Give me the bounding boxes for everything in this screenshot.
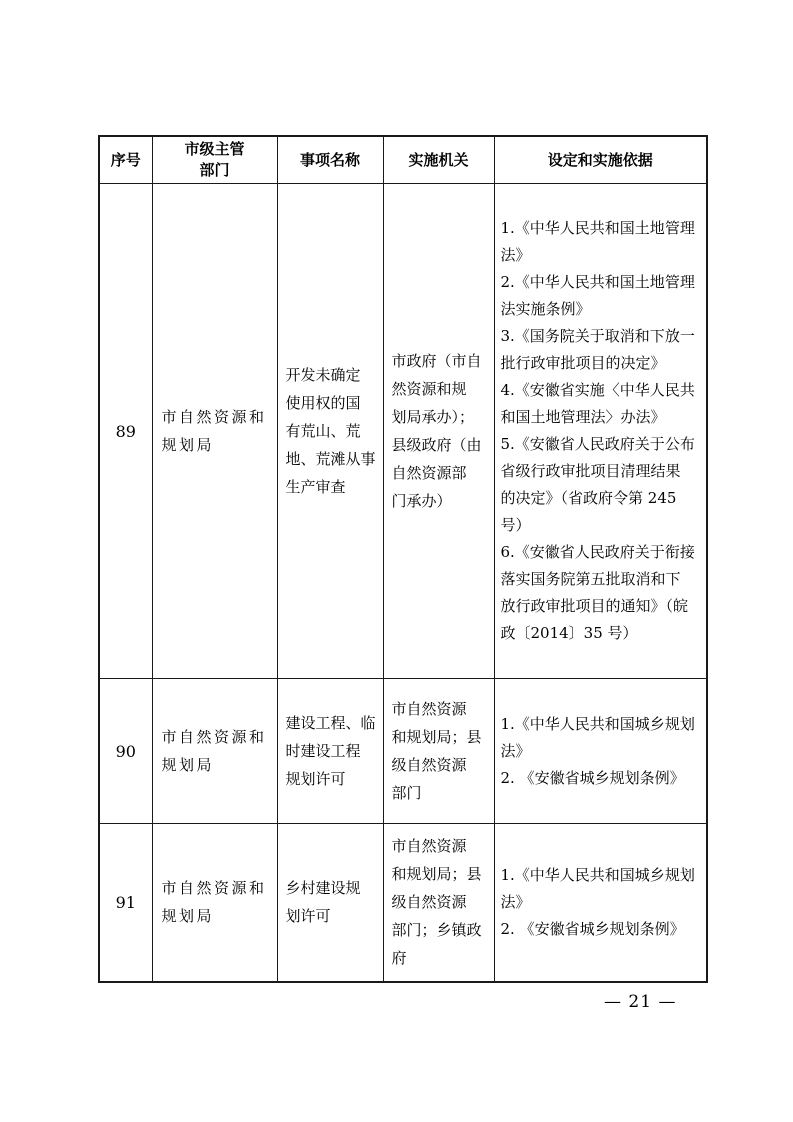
basis-item-1: 1.《中华人民共和国城乡规划 法》 [501,711,702,765]
row-91-legal-basis: 1.《中华人民共和国城乡规划 法》 2. 《安徽省城乡规划条例》 [494,824,707,982]
row-89-legal-basis: 1.《中华人民共和国土地管理 法》 2.《中华人民共和国土地管理 法实施条例》 … [494,184,707,679]
row-89-serial-number: 89 [99,184,152,679]
basis-item-5: 5.《安徽省人民政府关于公布 省级行政审批项目清理结果 的决定》（省政府令第 2… [501,431,702,539]
basis-item-2: 2. 《安徽省城乡规划条例》 [501,765,702,792]
row-91-item-name: 乡村建设规 划许可 [277,824,383,982]
row-90-item-name: 建设工程、临 时建设工程 规划许可 [277,679,383,824]
row-90-serial-number: 90 [99,679,152,824]
table-row: 91 市自然资源和 规划局 乡村建设规 划许可 市自然资源 和规划局；县 级自然… [99,824,707,982]
row-91-implementing-agency: 市自然资源 和规划局；县 级自然资源 部门；乡镇政 府 [383,824,494,982]
row-90-implementing-agency: 市自然资源 和规划局；县 级自然资源 部门 [383,679,494,824]
col-header-serial-number: 序号 [99,136,152,184]
row-89-department: 市自然资源和 规划局 [152,184,277,679]
row-89-implementing-agency: 市政府（市自 然资源和规 划局承办）； 县级政府（由 自然资源部 门承办） [383,184,494,679]
row-90-legal-basis: 1.《中华人民共和国城乡规划 法》 2. 《安徽省城乡规划条例》 [494,679,707,824]
col-header-item-name: 事项名称 [277,136,383,184]
row-91-department: 市自然资源和 规划局 [152,824,277,982]
table-row: 89 市自然资源和 规划局 开发未确定 使用权的国 有荒山、荒 地、荒滩从事 生… [99,184,707,679]
page-number: — 21 — [604,992,694,1012]
table-row: 90 市自然资源和 规划局 建设工程、临 时建设工程 规划许可 市自然资源 和规… [99,679,707,824]
row-90-department: 市自然资源和 规划局 [152,679,277,824]
row-89-item-name: 开发未确定 使用权的国 有荒山、荒 地、荒滩从事 生产审查 [277,184,383,679]
basis-item-1: 1.《中华人民共和国城乡规划 法》 [501,862,702,916]
basis-item-2: 2.《中华人民共和国土地管理 法实施条例》 [501,269,702,323]
col-header-implementing-agency: 实施机关 [383,136,494,184]
col-header-legal-basis: 设定和实施依据 [494,136,707,184]
table-header-row: 序号 市级主管 部门 事项名称 实施机关 设定和实施依据 [99,136,707,184]
basis-item-2: 2. 《安徽省城乡规划条例》 [501,916,702,943]
basis-item-4: 4.《安徽省实施〈中华人民共 和国土地管理法〉办法》 [501,377,702,431]
basis-item-6: 6.《安徽省人民政府关于衔接 落实国务院第五批取消和下 放行政审批项目的通知》（… [501,539,702,647]
basis-item-1: 1.《中华人民共和国土地管理 法》 [501,215,702,269]
approval-items-table: 序号 市级主管 部门 事项名称 实施机关 设定和实施依据 89 市自然资源和 规… [98,135,708,983]
basis-item-3: 3.《国务院关于取消和下放一 批行政审批项目的决定》 [501,323,702,377]
document-page: 序号 市级主管 部门 事项名称 实施机关 设定和实施依据 89 市自然资源和 规… [0,0,793,1122]
row-91-serial-number: 91 [99,824,152,982]
col-header-municipal-department: 市级主管 部门 [152,136,277,184]
